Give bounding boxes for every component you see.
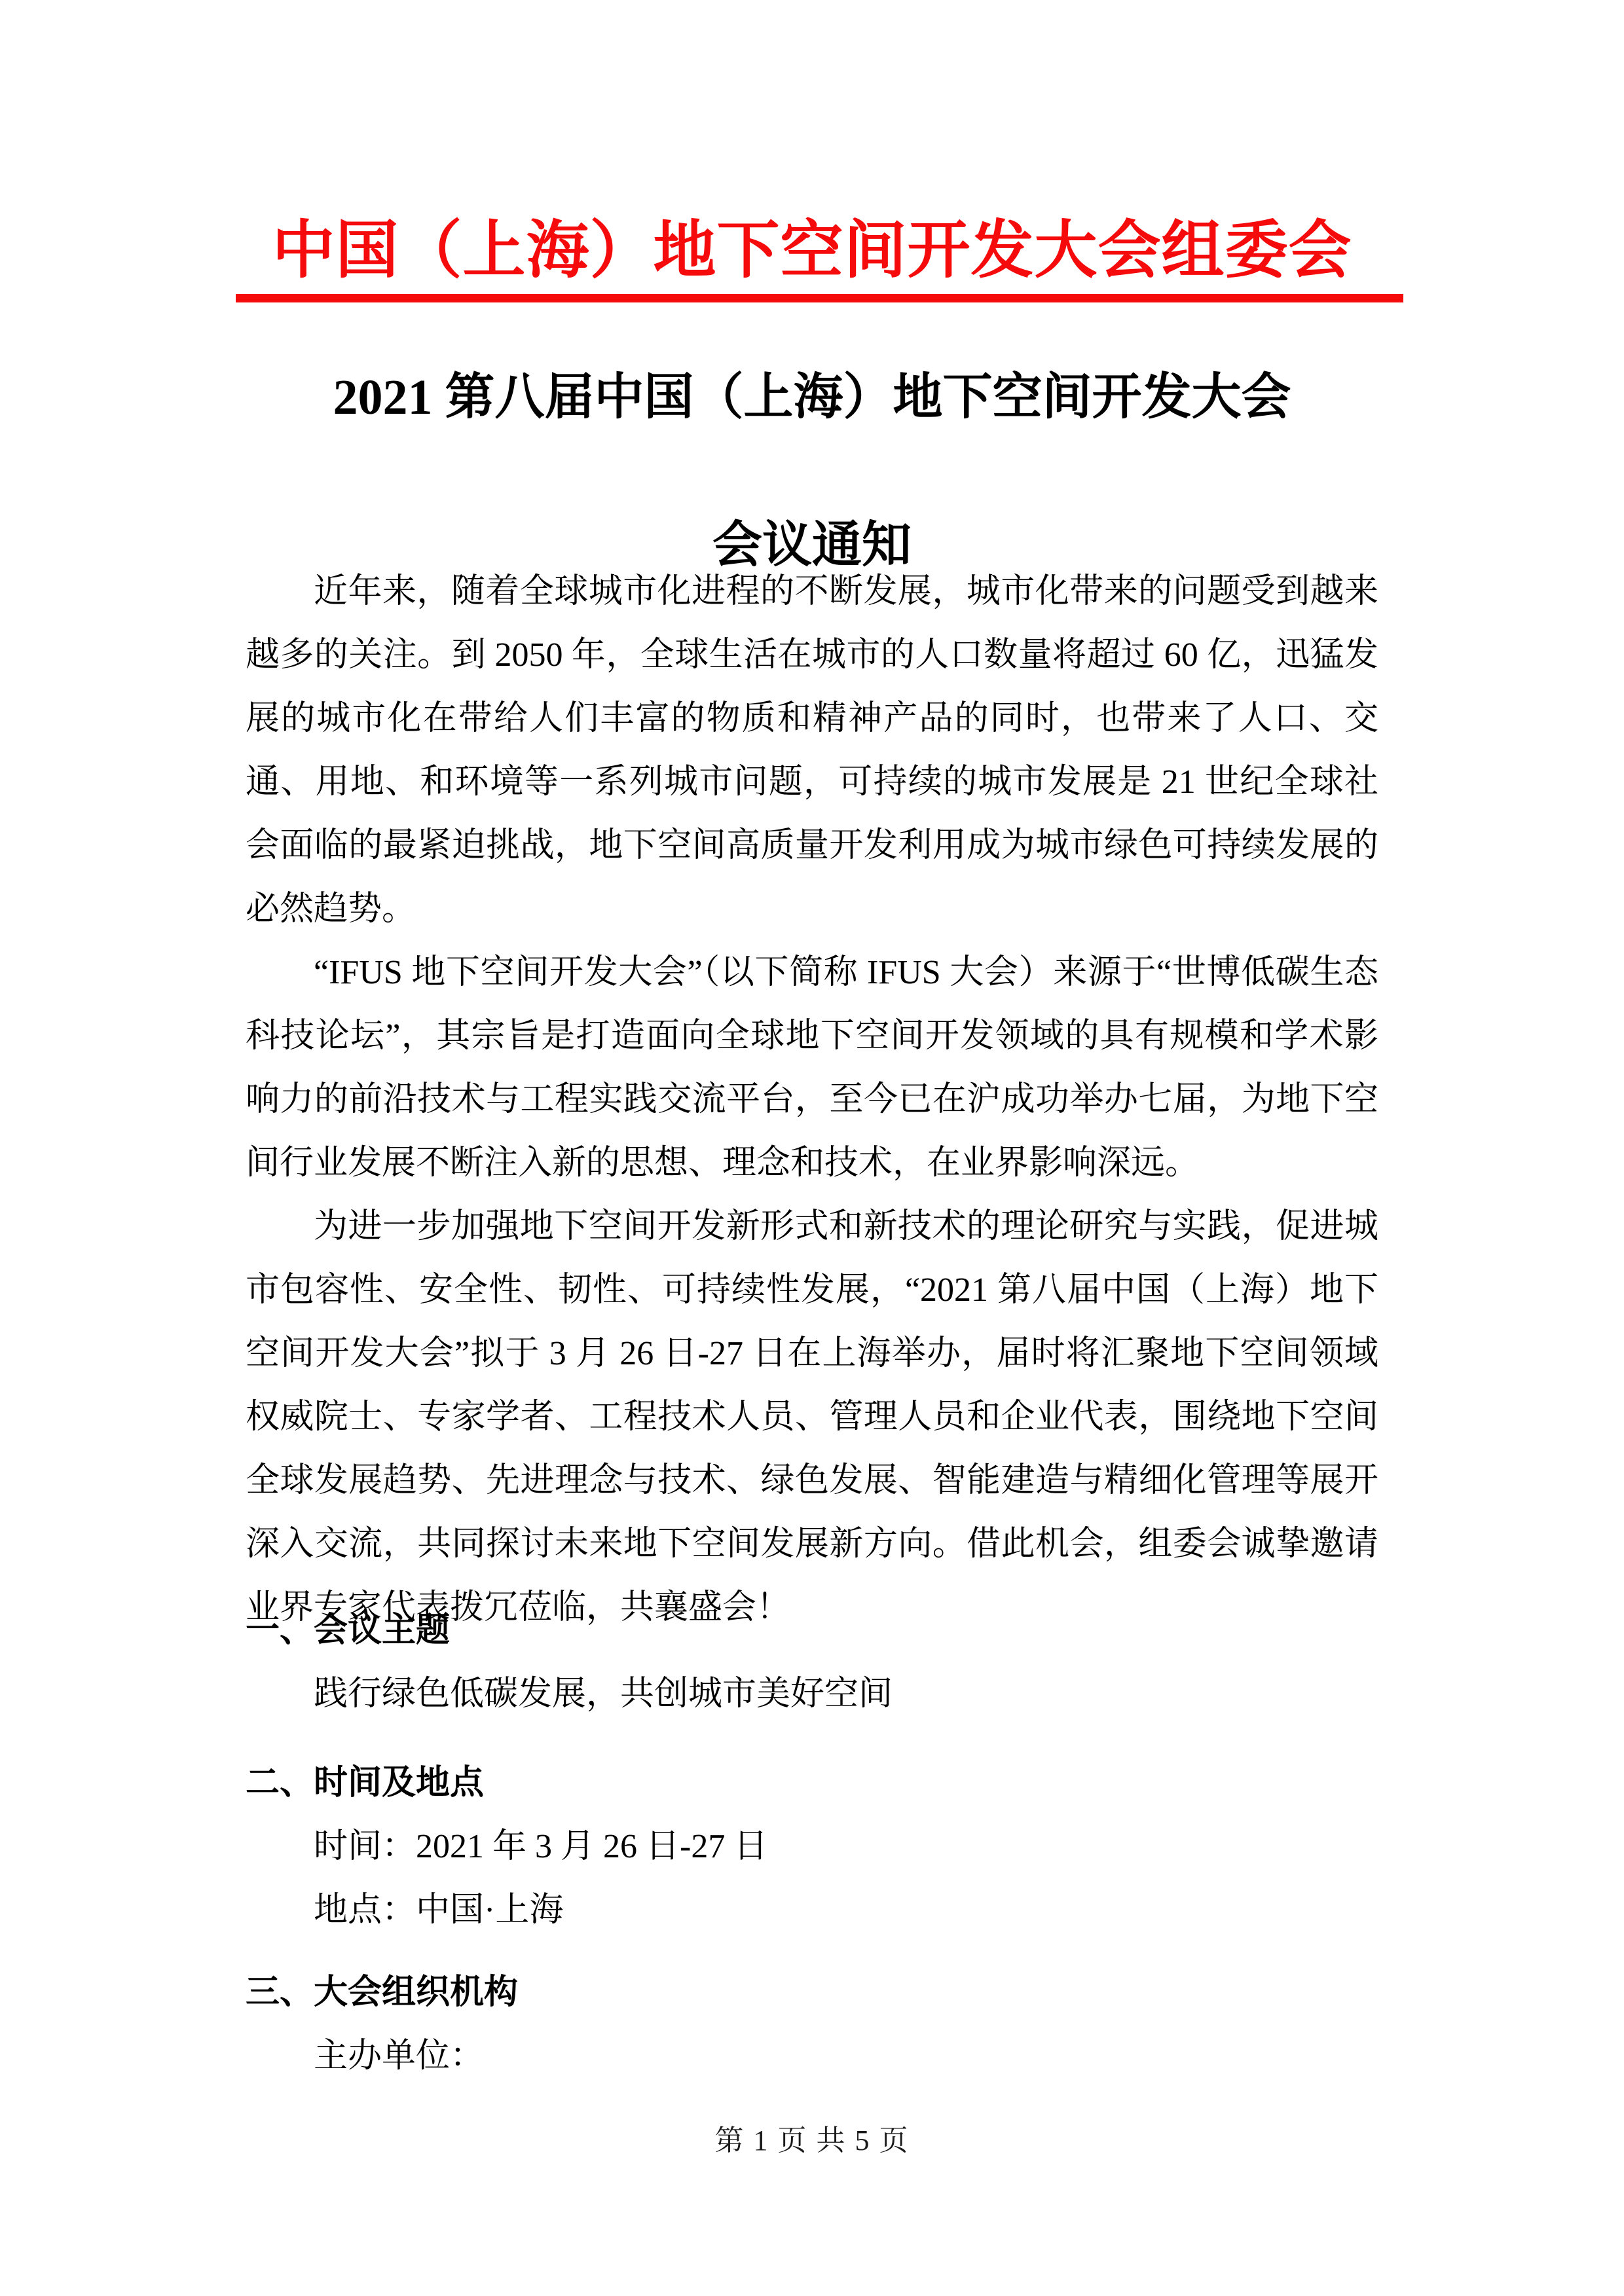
body-paragraph: 为进一步加强地下空间开发新形式和新技术的理论研究与实践，促进城市包容性、安全性、… [246,1195,1378,1639]
letterhead-divider-line [236,294,1403,302]
section-line-place: 地点：中国·上海 [246,1878,1378,1942]
org-letterhead-title: 中国（上海）地下空间开发大会组委会 [0,208,1624,293]
document-title: 2021 第八届中国（上海）地下空间开发大会 [0,361,1624,433]
section-heading-theme: 一、会议主题 [246,1599,1378,1662]
section-line-theme: 践行绿色低碳发展，共创城市美好空间 [246,1662,1378,1726]
document-page: 中国（上海）地下空间开发大会组委会 2021 第八届中国（上海）地下空间开发大会… [0,0,1624,2296]
sections: 一、会议主题 践行绿色低碳发展，共创城市美好空间 二、时间及地点 时间：2021… [246,1599,1378,2088]
section-line-time: 时间：2021 年 3 月 26 日-27 日 [246,1815,1378,1878]
body-text: 近年来，随着全球城市化进程的不断发展，城市化带来的问题受到越来越多的关注。到 2… [246,560,1378,1639]
body-paragraph: “IFUS 地下空间开发大会”（以下简称 IFUS 大会）来源于“世博低碳生态科… [246,941,1378,1195]
section-heading-organization: 三、大会组织机构 [246,1961,1378,2024]
section-heading-time-place: 二、时间及地点 [246,1751,1378,1815]
page-number-footer: 第 1 页 共 5 页 [0,2123,1624,2159]
body-paragraph: 近年来，随着全球城市化进程的不断发展，城市化带来的问题受到越来越多的关注。到 2… [246,560,1378,941]
section-line-host: 主办单位： [246,2024,1378,2088]
